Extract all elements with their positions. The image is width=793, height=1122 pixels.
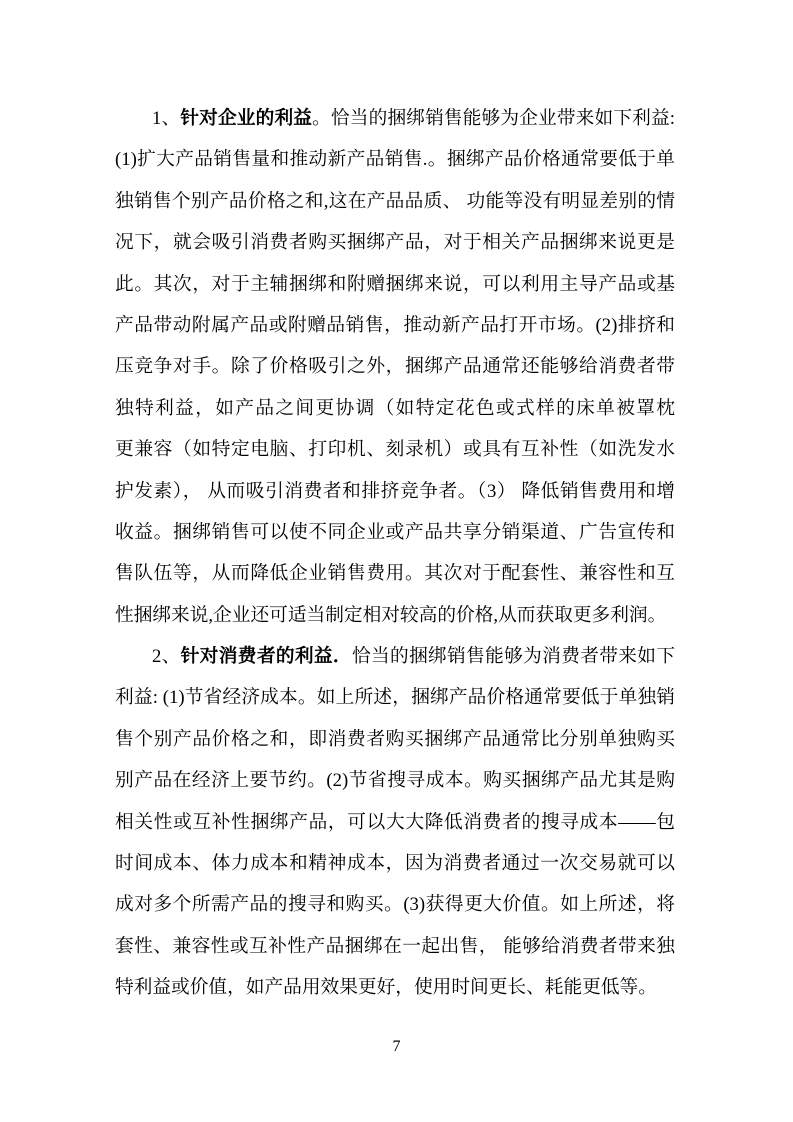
text-line: 时间成本、体力成本和精神成本，因为消费者通过一次交易就可以完 — [115, 843, 675, 884]
heading-title: 针对企业的利益 — [180, 108, 312, 129]
line-text: 成对多个所需产品的搜寻和购买。(3)获得更大价值。如上所述，将配 — [115, 894, 675, 925]
line-text: 况下，就会吸引消费者购买捆绑产品，对于相关产品捆绑来说更是如 — [115, 232, 675, 263]
text-line: 护发素）， 从而吸引消费者和排挤竞争者。（3） 降低销售费用和增加 — [115, 471, 675, 512]
text-line: 压竞争对手。除了价格吸引之外，捆绑产品通常还能够给消费者带来 — [115, 346, 675, 387]
text-line: 更兼容（如特定电脑、打印机、刻录机）或具有互补性（如洗发水和 — [115, 429, 675, 470]
text-line: 相关性或互补性捆绑产品，可以大大降低消费者的搜寻成本——包括 — [115, 802, 675, 843]
line-text: 售队伍等，从而降低企业销售费用。其次对于配套性、兼容性和互补 — [115, 563, 675, 594]
line-text: 更兼容（如特定电脑、打印机、刻录机）或具有互补性（如洗发水和 — [115, 439, 675, 470]
line-text: 独特利益，如产品之间更协调（如特定花色或式样的床单被罩枕套）、 — [115, 398, 675, 429]
line-text: 套性、兼容性或互补性产品捆绑在一起出售， 能够给消费者带来独 — [115, 936, 675, 957]
line-text: 售个别产品价格之和，即消费者购买捆绑产品通常比分别单独购买个 — [115, 729, 675, 760]
paragraph-2-last-line: 特利益或价值，如产品用效果更好，使用时间更长、耗能更低等。 — [115, 967, 675, 1008]
line-text: 压竞争对手。除了价格吸引之外，捆绑产品通常还能够给消费者带来 — [115, 356, 675, 387]
line-text: 别产品在经济上要节约。(2)节省搜寻成本。购买捆绑产品尤其是购买 — [115, 770, 675, 801]
heading-title: 针对消费者的利益． — [181, 646, 352, 667]
line-text: 时间成本、体力成本和精神成本，因为消费者通过一次交易就可以完 — [115, 853, 675, 884]
text-line: 产品带动附属产品或附赠品销售，推动新产品打开市场。(2)排挤和打 — [115, 305, 675, 346]
line-text: 恰当的捆绑销售能够为消费者带来如下 — [352, 646, 675, 667]
text-line: 售队伍等，从而降低企业销售费用。其次对于配套性、兼容性和互补 — [115, 553, 675, 594]
line-text: 此。其次，对于主辅捆绑和附赠捆绑来说，可以利用主导产品或基础 — [115, 274, 675, 305]
text-line: 利益: (1)节省经济成本。如上所述，捆绑产品价格通常要低于单独销 — [115, 677, 675, 718]
text-line: 成对多个所需产品的搜寻和购买。(3)获得更大价值。如上所述，将配 — [115, 884, 675, 925]
text-line: 独销售个别产品价格之和,这在产品品质、 功能等没有明显差别的情 — [115, 181, 675, 222]
line-text: 独销售个别产品价格之和,这在产品品质、 功能等没有明显差别的情 — [115, 191, 675, 212]
line-text: 性捆绑来说,企业还可适当制定相对较高的价格,从而获取更多利润。 — [115, 605, 666, 626]
text-line: 收益。捆绑销售可以使不同企业或产品共享分销渠道、广告宣传和销 — [115, 512, 675, 553]
line-text: 护发素）， 从而吸引消费者和排挤竞争者。（3） 降低销售费用和增加 — [115, 481, 675, 512]
paragraph-1-last-line: 性捆绑来说,企业还可适当制定相对较高的价格,从而获取更多利润。 — [115, 595, 675, 636]
line-text: 产品带动附属产品或附赠品销售，推动新产品打开市场。(2)排挤和打 — [115, 315, 675, 346]
page-number: 7 — [0, 1036, 793, 1058]
document-body: 1、针对企业的利益。恰当的捆绑销售能够为企业带来如下利益: (1)扩大产品销售量… — [115, 98, 675, 1009]
document-page: 1、针对企业的利益。恰当的捆绑销售能够为企业带来如下利益: (1)扩大产品销售量… — [0, 0, 793, 1122]
line-text: 利益: (1)节省经济成本。如上所述，捆绑产品价格通常要低于单独销 — [115, 687, 675, 708]
paragraph-2-heading-line: 2、针对消费者的利益．恰当的捆绑销售能够为消费者带来如下 — [115, 636, 675, 677]
line-text: 。恰当的捆绑销售能够为企业带来如下利益: — [312, 108, 675, 129]
text-line: (1)扩大产品销售量和推动新产品销售.。捆绑产品价格通常要低于单 — [115, 139, 675, 180]
line-text: 特利益或价值，如产品用效果更好，使用时间更长、耗能更低等。 — [115, 977, 657, 998]
text-line: 别产品在经济上要节约。(2)节省搜寻成本。购买捆绑产品尤其是购买 — [115, 760, 675, 801]
heading-number: 1、 — [152, 108, 180, 129]
text-line: 套性、兼容性或互补性产品捆绑在一起出售， 能够给消费者带来独 — [115, 926, 675, 967]
heading-number: 2、 — [152, 646, 181, 667]
text-line: 此。其次，对于主辅捆绑和附赠捆绑来说，可以利用主导产品或基础 — [115, 264, 675, 305]
line-text: 相关性或互补性捆绑产品，可以大大降低消费者的搜寻成本——包括 — [115, 812, 675, 843]
paragraph-1-heading-line: 1、针对企业的利益。恰当的捆绑销售能够为企业带来如下利益: — [115, 98, 675, 139]
line-text: (1)扩大产品销售量和推动新产品销售.。捆绑产品价格通常要低于单 — [115, 149, 675, 170]
text-line: 况下，就会吸引消费者购买捆绑产品，对于相关产品捆绑来说更是如 — [115, 222, 675, 263]
line-text: 收益。捆绑销售可以使不同企业或产品共享分销渠道、广告宣传和销 — [115, 522, 675, 553]
text-line: 独特利益，如产品之间更协调（如特定花色或式样的床单被罩枕套）、 — [115, 388, 675, 429]
text-line: 售个别产品价格之和，即消费者购买捆绑产品通常比分别单独购买个 — [115, 719, 675, 760]
